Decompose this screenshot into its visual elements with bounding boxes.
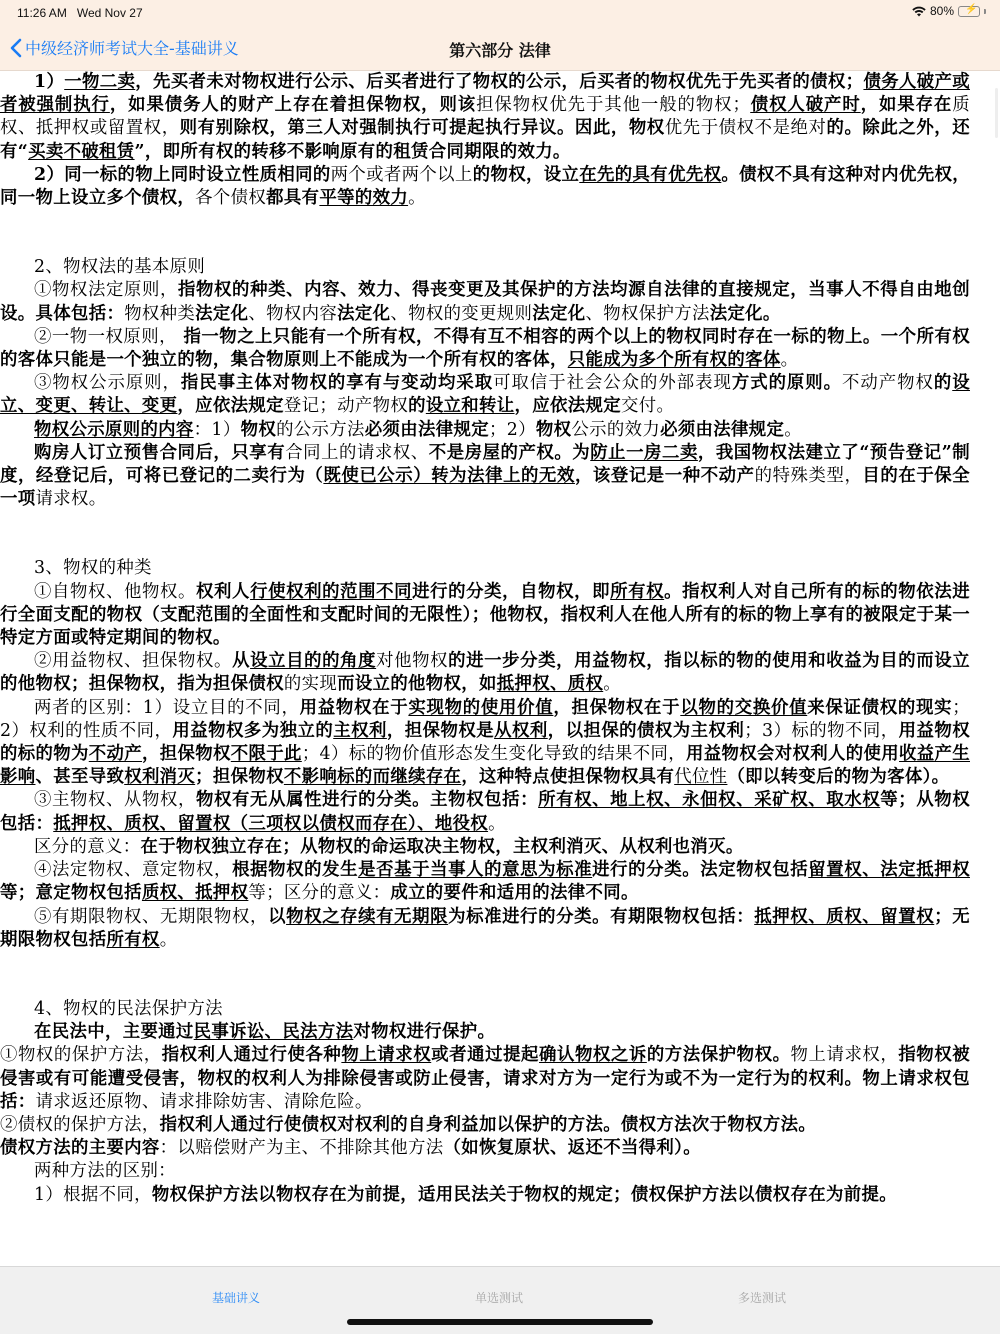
section-heading: 3、物权的种类 [0, 557, 970, 580]
bold-text: 进行的分类，自物权，即 [412, 582, 610, 602]
bold-text: 以 [268, 907, 286, 927]
underlined-key-term: 不限于此 [231, 744, 302, 764]
bold-text: ，应依法规定 [177, 396, 283, 416]
text-span: ③物权公示原则， [34, 373, 181, 393]
text-span: ：1） [194, 420, 241, 440]
text-span: 。 [488, 814, 506, 834]
bold-text: 、甚至导致 [35, 767, 124, 787]
bold-text: 对物权进行保护。 [353, 1022, 495, 1042]
underlined-key-term: 债权人破产时 [750, 95, 860, 115]
paragraph: 区分的意义：在于物权独立存在；从物权的命运取决主物权，主权利消灭、从权利也消灭。 [0, 836, 970, 859]
underlined-key-term: 留置权、法定抵押权 [808, 860, 970, 880]
text-span: 请求返还原物、请求排除妨害、清除危险。 [35, 1092, 372, 1112]
section-heading: 2、物权法的基本原则 [0, 256, 970, 279]
bold-text: ，应依法规定 [515, 396, 621, 416]
underlined-key-term: 行使权利的范围不同 [250, 582, 412, 602]
text-span: 两者的区别：1）设立目的不同， [34, 698, 300, 718]
bold-text: ，担保物权是 [387, 721, 494, 741]
text-span: 优先于债权不是绝对 [665, 118, 827, 138]
paragraph: ③物权公示原则，指民事主体对物权的享有与变动均采取可取信于社会公众的外部表现方式… [0, 372, 970, 418]
text-span: 1）根据不同， [34, 1185, 152, 1205]
text-span: 可取信于社会公众的外部表现 [493, 373, 732, 393]
underlined-key-term: 不影响标的而继续存在 [284, 767, 461, 787]
bold-text: 必须由法律规定 [660, 420, 784, 440]
text-span: 交付。 [621, 396, 674, 416]
paragraph: ①自物权、他物权。权利人行使权利的范围不同进行的分类，自物权，即所有权。指权利人… [0, 581, 970, 651]
text-span: 的实现 [284, 674, 337, 694]
bold-text: 权利人 [196, 582, 250, 602]
text-span: 。 [784, 420, 802, 440]
status-right: 80% ⚡ [912, 4, 986, 18]
bold-text: 1） [34, 72, 64, 92]
tab-bar: 基础讲义 单选测试 多选测试 [0, 1266, 1000, 1334]
text-span: ④法定物权、意定物权， [34, 860, 232, 880]
text-span: ②用益物权、担保物权。 [34, 651, 232, 671]
underlined-key-term: 所有权 [106, 930, 159, 950]
bold-text: 等；意定物权包括 [0, 883, 142, 903]
bold-text: 的方法保护物权。 [647, 1045, 791, 1065]
time-text: 11:26 AM [17, 6, 67, 20]
section-spacer [0, 210, 970, 256]
battery-percent: 80% [930, 4, 954, 18]
text-span: 的特殊类型， [755, 466, 863, 486]
bold-text: 都具有 [266, 188, 319, 208]
text-span: 各个债权 [195, 188, 266, 208]
underlined-key-term: 抵押权、质权 [497, 674, 603, 694]
paragraph: ③主物权、从物权，物权有无从属性进行的分类。主物权包括：所有权、地上权、永佃权、… [0, 789, 970, 835]
section-spacer [0, 952, 970, 998]
underlined-key-term: 质权、抵押权 [142, 883, 248, 903]
underlined-key-term: 抵押权、质权、留置权 [754, 907, 934, 927]
underlined-key-term: 在先的具有优先权 [579, 165, 721, 185]
text-span: 3、物权的种类 [34, 558, 152, 578]
bold-text: ，如果存在 [861, 95, 953, 115]
bold-text: 或者通过提起 [431, 1045, 539, 1065]
text-span: ①物权法定原则， [34, 280, 178, 300]
underlined-key-term: 是否基于当事人的意思为标准 [358, 860, 592, 880]
text-span: 。 [781, 350, 799, 370]
date-text: Wed Nov 27 [77, 6, 143, 20]
bold-text: 不是房屋的产权。为 [429, 443, 590, 463]
bold-text: 用益物权多为独立的 [172, 721, 333, 741]
paragraph: ⑤有期限物权、无期限物权，以物权之存续有无期限为标准进行的分类。有期限物权包括：… [0, 906, 970, 952]
text-span: 担保物权优先于其他一般的物权； [476, 95, 750, 115]
underlined-key-term: 物权公示原则的内容 [34, 420, 194, 440]
bold-text: 用益物权会对权利人的使用 [686, 744, 899, 764]
bold-text: 指权利人通过行使各种 [162, 1045, 342, 1065]
text-span: 对他物权 [376, 651, 448, 671]
bold-text: 2）同一标的物上同时设立性质相同的 [34, 165, 331, 185]
bold-text: 指民事主体对物权的享有与变动均采取 [181, 373, 493, 393]
paragraph: ②一物一权原则， 指一物之上只能有一个所有权，不得有互不相容的两个以上的物权同时… [0, 326, 970, 372]
bold-text: 用益物权在于 [300, 698, 409, 718]
text-span: 的公示方法 [276, 420, 365, 440]
text-span: 2、物权法的基本原则 [34, 257, 205, 277]
underlined-key-term: 物上请求权 [341, 1045, 431, 1065]
underlined-key-term: 以物的交换价值 [680, 698, 807, 718]
text-span: ②债权的保护方法， [0, 1115, 160, 1135]
text-span: 、物权内容 [248, 304, 337, 324]
underlined-key-term: 买卖不破租赁 [28, 142, 134, 162]
battery-charging-icon: ⚡ [958, 6, 980, 17]
underlined-key-term: 实现物的使用价值 [408, 698, 553, 718]
text-span: 两个或者两个以上 [331, 165, 473, 185]
underlined-key-term: 抵押权、质权、留置权（三项权以债权而存在）、地役权 [53, 814, 488, 834]
tab-single-choice-test[interactable]: 单选测试 [439, 1289, 559, 1306]
underlined-key-term: 所有权 [610, 582, 664, 602]
underlined-key-term: 设立和转让 [426, 396, 515, 416]
status-time: 11:26 AM Wed Nov 27 [17, 6, 143, 20]
text-span: 。 [603, 674, 621, 694]
paragraph: 两种方法的区别： [0, 1160, 970, 1183]
bold-text: ”，即所有权的转移不影响原有的租赁合同期限的效力。 [135, 142, 571, 162]
underlined-key-term: 设立目的的角度 [250, 651, 376, 671]
underlined-key-term: 权利消灭 [124, 767, 195, 787]
bold-text: 物权保护方法以物权存在为前提，适用民法关于物权的规定；债权保护方法以债权存在为前… [152, 1185, 897, 1205]
paragraph: ④法定物权、意定物权，根据物权的发生是否基于当事人的意思为标准进行的分类。法定物… [0, 859, 970, 905]
text-span: 等；区分的意义： [248, 883, 390, 903]
text-span: ①物权的保护方法， [0, 1045, 162, 1065]
bold-text: 债权方法的主要内容 [0, 1138, 160, 1158]
text-span: 不动产物权 [842, 373, 934, 393]
page-title: 第六部分 法律 [0, 38, 1000, 61]
bold-text: ，如果债务人的财产上存在着担保物权，则该 [110, 95, 476, 115]
bold-text: （即以转变后的物为客体）。 [727, 767, 949, 787]
paragraph: 1）根据不同，物权保护方法以物权存在为前提，适用民法关于物权的规定；债权保护方法… [0, 1184, 970, 1207]
text-span: 。 [160, 930, 178, 950]
bold-text: 方式的原则。 [732, 373, 842, 393]
text-span: 登记；动产物权 [284, 396, 408, 416]
paragraph: 两者的区别：1）设立目的不同，用益物权在于实现物的使用价值，担保物权在于以物的交… [0, 697, 970, 790]
home-indicator[interactable] [347, 1319, 653, 1325]
paragraph: 1）一物二卖，先买者未对物权进行公示、后买者进行了物权的公示，后买者的物权优先于… [0, 71, 970, 164]
bold-text: 指权利人通过行使债权对权利的自身利益加以保护的方法。债权方法次于物权方法。 [160, 1115, 816, 1135]
text-span: 物上请求权， [791, 1045, 899, 1065]
bold-text: 必须由法律规定 [365, 420, 489, 440]
paragraph: ②用益物权、担保物权。从设立目的的角度对他物权的进一步分类，用益物权，指以标的物… [0, 650, 970, 696]
paragraph: 物权公示原则的内容：1）物权的公示方法必须由法律规定；2）物权公示的效力必须由法… [0, 419, 970, 442]
bold-text: 在民法中，主要通过 [34, 1022, 194, 1042]
bold-text: 法定化 [195, 304, 248, 324]
navigation-bar: 中级经济师考试大全-基础讲义 第六部分 法律 [0, 26, 1000, 71]
underlined-key-term: 只能成为多个所有权的客体 [568, 350, 781, 370]
bold-text: 成立的要件和适用的法律不同。 [390, 883, 638, 903]
bold-text: 的物权，设立 [473, 165, 580, 185]
text-span: ⑤有期限物权、无期限物权， [34, 907, 268, 927]
text-span: 物权种类 [124, 304, 195, 324]
bold-text: 根据物权的发生 [232, 860, 358, 880]
text-span: 两种方法的区别： [34, 1161, 176, 1181]
wifi-icon [912, 6, 926, 17]
bold-text: ，该登记是一种不动产 [575, 466, 755, 486]
status-bar: 11:26 AM Wed Nov 27 80% ⚡ [0, 0, 1000, 26]
bold-text: ，先买者未对物权进行公示、后买者进行了物权的公示，后买者的物权优先于先买者的债权… [135, 72, 863, 92]
bold-text: 法定化 [532, 304, 585, 324]
bold-text: ，担保物权在于 [553, 698, 680, 718]
text-span: 、物权保护方法 [586, 304, 710, 324]
bold-text: 进行的分类。法定物权包括 [592, 860, 808, 880]
text-span: ；4）标的物价值形态发生变化导致的结果不同， [302, 744, 686, 764]
bold-text: 的 [934, 373, 952, 393]
bold-text: 则有别除权，第三人对强制执行可提起执行异议。因此，物权 [180, 118, 665, 138]
paragraph: 债权方法的主要内容：以赔偿财产为主、不排除其他方法（如恢复原状、返还不当得利）。 [0, 1137, 970, 1160]
bold-text: 从 [232, 651, 250, 671]
bold-text: （如恢复原状、返还不当得利）。 [444, 1138, 701, 1158]
text-span: 、物权的变更规则 [390, 304, 532, 324]
underlined-key-term: 确认物权之诉 [539, 1045, 647, 1065]
text-span: ①自物权、他物权。 [34, 582, 196, 602]
bold-text: 来保证债权的现实 [807, 698, 952, 718]
underlined-key-term: 不动产 [89, 744, 142, 764]
tab-multiple-choice-test[interactable]: 多选测试 [702, 1289, 822, 1306]
bold-text: 在于物权独立存在；从物权的命运取决主物权，主权利消灭、从权利也消灭。 [140, 837, 743, 857]
underlined-key-term: 所有权、地上权、永佃权、采矿权、取水权 [538, 790, 880, 810]
text-span: ②一物一权原则， [34, 327, 177, 347]
bold-text: 法定化 [337, 304, 390, 324]
underlined-key-term: 代位性 [674, 767, 727, 787]
paragraph: 2）同一标的物上同时设立性质相同的两个或者两个以上的物权，设立在先的具有优先权。… [0, 164, 970, 210]
underlined-key-term: 民事诉讼、民法方法 [194, 1022, 354, 1042]
scrollbar[interactable] [995, 88, 998, 138]
bold-text: 物权有无从属性进行的分类。主物权包括： [196, 790, 538, 810]
bold-text: 法定化。 [710, 304, 781, 324]
text-span: 合同上的请求权、 [285, 443, 429, 463]
bold-text: ，以担保的债权为主权利 [548, 721, 745, 741]
text-span: ：以赔偿财产为主、不排除其他方法 [160, 1138, 444, 1158]
paragraph: ②债权的保护方法，指权利人通过行使债权对权利的自身利益加以保护的方法。债权方法次… [0, 1114, 970, 1137]
text-span: 公示的效力 [571, 420, 660, 440]
paragraph: 在民法中，主要通过民事诉讼、民法方法对物权进行保护。 [0, 1021, 970, 1044]
text-span: 区分的意义： [34, 837, 140, 857]
bold-text: 购房人订立预售合同后，只享有 [34, 443, 285, 463]
underlined-key-term: 平等的效力 [319, 188, 408, 208]
bold-text: 而设立的他物权，如 [337, 674, 497, 694]
underlined-key-term: 物权之存续有无期限 [286, 907, 448, 927]
paragraph: ①物权法定原则，指物权的种类、内容、效力、得丧变更及其保护的方法均源自法律的直接… [0, 279, 970, 325]
tab-basic-lecture[interactable]: 基础讲义 [176, 1289, 296, 1306]
paragraph: 购房人订立预售合同后，只享有合同上的请求权、不是房屋的产权。为防止一房二卖，我国… [0, 442, 970, 512]
bold-text: 物权 [241, 420, 276, 440]
bold-text: 为标准进行的分类。有期限物权包括： [448, 907, 754, 927]
underlined-key-term: 一物二卖 [64, 72, 135, 92]
text-span: 请求权。 [35, 489, 106, 509]
text-span: ；2） [489, 420, 536, 440]
bold-text: 的 [408, 396, 426, 416]
text-span: 。 [408, 188, 426, 208]
underlined-key-term: 防止一房二卖 [590, 443, 698, 463]
underlined-key-term: 从权利 [494, 721, 548, 741]
text-span: ③主物权、从物权， [34, 790, 196, 810]
lecture-content[interactable]: 1）一物二卖，先买者未对物权进行公示、后买者进行了物权的公示，后买者的物权优先于… [0, 71, 970, 1266]
underlined-key-term: 既使已公示）转为法律上的无效 [323, 466, 575, 486]
text-span: 4、物权的民法保护方法 [34, 999, 223, 1019]
bold-text: 物权 [536, 420, 571, 440]
paragraph: ①物权的保护方法，指权利人通过行使各种物上请求权或者通过提起确认物权之诉的方法保… [0, 1044, 970, 1114]
section-spacer [0, 511, 970, 557]
text-span: ；3）标的物不同， [744, 721, 898, 741]
bold-text: ，担保物权 [142, 744, 231, 764]
bold-text: ；担保物权 [195, 767, 284, 787]
section-heading: 4、物权的民法保护方法 [0, 998, 970, 1021]
underlined-key-term: 主权利 [333, 721, 387, 741]
bold-text: ，这种特点使担保物权具有 [461, 767, 674, 787]
